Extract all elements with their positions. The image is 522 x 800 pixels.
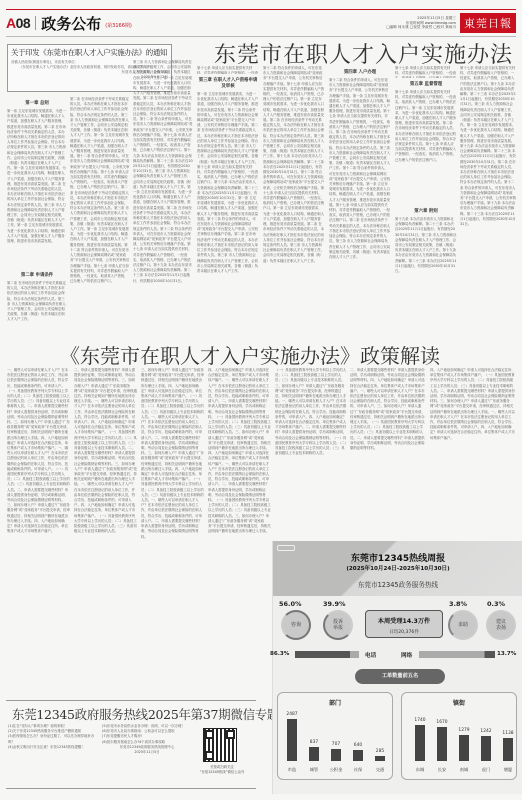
article-1-column-8: 第十七条 申请人应当如实提供有关材料，对弄虚作假骗取入户资格的，一经查实，取消其… [460,66,516,333]
article-2-column-4: 四、入户地址如何确定？申请人可选择在合法稳定住所、单位集体户或人才市场集体户落户… [208,368,272,688]
web-pct: 13.7% [497,651,516,657]
bar [415,725,425,761]
bar-value: 1670 [431,720,453,725]
issue-number: (第3166期) [105,22,132,29]
article-1-column-5: 第十二条 符合条件的申请人，可在东莞市人力资源和社会保障局网站或“莞家政务”平台… [263,66,325,333]
newspaper-logo: 東莞日報 [460,13,516,33]
infographic-subtitle: 东莞市12345政务服务热线 [273,579,522,589]
complaint-pct: 39.9% [323,600,346,608]
bar-value: 1242 [475,729,497,734]
bar-value: 707 [325,742,347,747]
bar-label: 塘厦 [497,767,519,773]
wechat-headline: 东莞12345政府服务热线2025年第37期微信专题 [12,705,279,723]
chapter-heading: 第四章 入户办理 [329,69,391,75]
daily-average: 日均20,376件 [366,629,442,635]
bar [503,738,513,761]
bar-value: 1138 [497,731,519,736]
bar-label: 长安 [431,767,453,773]
article-text: 三、如何办理入户？申请人通过“广东政务服务网”或“莞家政务”平台提交申请，经审核… [141,368,205,688]
article-text: 四、入户地址如何确定？申请人可选择在合法稳定住所、单位集体户或人才市场集体户落户… [208,368,272,688]
chapter-heading: 第一章 总则 [7,100,67,106]
wechat-list-left: (1)住在“莞尔山”事项办理？说明来啦！ (2)关于东莞12345热线服务平台推… [8,724,98,774]
qr-code-icon[interactable] [203,728,237,762]
hotline-infographic: 东莞市12345热线周报 (2025年10月24日-2025年10月30日) 东… [272,541,522,794]
page-number: A08 [6,15,30,31]
article-text: 第二条 在市场经济条件下劳动关系稳定的人员，本办法所称在职人才指在本市依法登记的… [70,97,130,333]
article-text: 二、申请人需要提交哪些材料？申请人需提供身份证明、学历或职称证明、劳动合同及社会… [74,368,138,688]
help-ring: 求助 [448,610,478,640]
bar-label: 东城 [409,767,431,773]
bar-label: 交通 [369,767,391,773]
weekly-total: 本周受理14.3万件 [366,616,442,625]
article-2-column-2: 二、申请人需要提交哪些材料？申请人需提供身份证明、学历或职称证明、劳动合同及社会… [74,368,138,688]
bar-label: 城管 [303,767,325,773]
article-text: 第十七条 申请人应当如实提供有关材料，对弄虚作假骗取入户资格的，一经查实，取消其… [395,90,457,205]
consult-ring: 咨询 [281,610,311,640]
phone-pct: 86.3% [270,651,289,657]
article-1-column-4: 第十七条 申请人应当如实提供有关材料，对弄虚作假骗取入户资格的，一经查实，取消其… [197,66,259,333]
wechat-list-right: (5)东莞市水务局供水业务办理：说明，可以一次办理！ (6)东莞市人社局办事指南… [102,724,192,774]
article-2-column-3: 三、如何办理入户？申请人通过“广东政务服务网”或“莞家政务”平台提交申请，经审核… [141,368,205,688]
phone-label: 电话 [365,651,376,659]
qr-caption: 长按或扫码关注 “东莞12345热线”微信公众号 [192,765,252,774]
bar-label: 社保 [347,767,369,773]
chapter-heading: 第六章 附则 [395,208,457,214]
article-1-headline: 东莞市在职人才入户实施办法 [214,38,513,69]
article-1-column-2: 第二条 在市场经济条件下劳动关系稳定的人员，本办法所称在职人才指在本市依法登记的… [70,97,130,333]
article-text: 第二条 在市场经济条件下劳动关系稳定的人员，本办法所称在职人才指在本市依法登记的… [7,281,67,331]
article-text: 一、哪些人可以申请在职人才入户？在本市依法注册登记的用人单位工作，并由单位依法缴… [7,368,71,688]
page-header: A08 政务公布 (第3166期) 2025年11月5日 星期三 东莞时间网 w… [6,12,516,34]
infographic-title: 东莞市12345热线周报 [273,551,522,564]
wechat-item[interactable]: (4)金秋文明出行安全注意！东莞12345热线提醒！ [8,745,98,750]
help-pct: 3.8% [449,600,467,608]
article-1-column-1: 第一章 总则 第一条 立足东莞城市发展需求，为进一步优化我市人口结构，畅通在职人… [7,97,67,333]
bar-value: 285 [369,749,391,754]
bar [353,750,363,761]
chart-title: 部门 [278,698,392,707]
suggest-pct: 0.3% [487,600,505,608]
bar-label: 南城 [453,767,475,773]
top5-label: 工单数量前五名 [355,669,445,684]
article-text: 第十七条 申请人应当如实提供有关材料，对弄虚作假骗取入户资格的，一经查实，取消其… [395,66,457,78]
chapter-heading: 第二章 申请条件 [7,272,67,278]
bar-value: 1740 [409,718,431,723]
infographic-period: (2025年10月24日-2025年10月30日) [273,564,522,572]
bar [331,749,341,761]
bar-value: 2487 [281,712,303,717]
notice-title: 关于印发《东莞市在职人才入户实施办法》的通知 [11,47,168,58]
header-meta: 2025年11月5日 星期三 东莞时间网 www.timedg.com □编辑 … [386,16,456,30]
bar [459,735,469,761]
article-2-column-5: （一）具备国民教育序列大学专科以上学历的人员；（二）具备技工院校高级工以上学历的… [275,368,347,536]
header-editors: □编辑 何永康 □视觉 李政哲 □校对 黄雨川 [386,25,456,30]
header-bottom-rule [6,36,516,37]
bar [309,747,319,761]
article-2-column-6: 二、申请人需要提交哪些材料？申请人需提供身份证明、学历或职称证明、劳动合同及社会… [350,368,426,536]
town-chart: 镇街 1740 东城 1670 长安 1279 南城 1242 虎门 1138 … [401,692,517,780]
article-text: 第十九条 本办法由东莞市人力资源和社会保障局负责解释。第二十三条 本办法自202… [395,217,457,327]
article-1-column-7: 第十七条 申请人应当如实提供有关材料，对弄虚作假骗取入户资格的，一经查实，取消其… [395,66,457,333]
bar-value: 640 [347,743,369,748]
article-text: （一）具备国民教育序列大学专科以上学历的人员；（二）具备技工院校高级工以上学历的… [275,368,347,536]
article-2-headline: 《东莞市在职人才入户实施办法》政策解读 [60,340,440,369]
article-1-column-6: 第四章 入户办理 第十二条 符合条件的申请人，可在东莞市人力资源和社会保障局网站… [329,66,391,333]
suggest-ring: 建议表扬 [486,610,516,640]
chapter-heading: 第三章 在职人才入户资格申请及审核 [197,77,259,89]
header-top-rule [6,9,516,10]
wechat-top-rule [6,700,256,701]
article-2-column-7: 四、入户地址如何确定？申请人可选择在合法稳定住所、单位集体户或人才市场集体户落户… [430,368,516,536]
department-chart: 部门 2487 市监 837 城管 707 公积金 640 社保 285 交通 [277,692,393,780]
consult-pct: 56.0% [279,600,302,608]
article-text: 第一条 立足东莞城市发展需求，为进一步优化我市人口结构，畅通在职人才入户渠道，加… [7,109,67,269]
bar-value: 1279 [453,728,475,733]
article-text: 第三条 市人力资源和社会保障局负责在职人才入户管理工作，会同市公安局制定相关政策… [133,60,193,333]
bar [375,756,385,761]
article-1-column-3: 第三条 市人力资源和社会保障局负责在职人才入户管理工作，会同市公安局制定相关政策… [133,60,193,333]
article-text: 第一条 立足东莞城市发展需求，为进一步优化我市人口结构，畅通在职人才入户渠道，加… [197,92,259,337]
article-text: 二、申请人需要提交哪些材料？申请人需提供身份证明、学历或职称证明、劳动合同及社会… [350,368,426,536]
section-title: 政务公布 [41,13,101,34]
chapter-heading: 第五章 监督管理 [395,81,457,87]
article-2-column-1: 一、哪些人可以申请在职人才入户？在本市依法注册登记的用人单位工作，并由单位依法缴… [7,368,71,688]
wechat-date: 2025年11月5日 [102,750,192,755]
complaint-ring: 投诉举报 [323,610,353,640]
bar-label: 虎门 [475,767,497,773]
bar [481,736,491,761]
bar [437,727,447,761]
article-text: 第十七条 申请人应当如实提供有关材料，对弄虚作假骗取入户资格的，一经查实，取消其… [197,66,259,74]
wechat-bottom-rule [6,788,256,789]
header-divider [35,16,36,30]
article-text: 第十二条 符合条件的申请人，可在东莞市人力资源和社会保障局网站或“莞家政务”平台… [329,78,391,333]
bar-value: 837 [303,740,325,745]
article-text: 第十七条 申请人应当如实提供有关材料，对弄虚作假骗取入户资格的，一经查实，取消其… [460,66,516,333]
phone-bar [295,651,359,658]
web-label: 网络 [401,651,412,659]
bar-label: 公积金 [325,767,347,773]
article-text: 四、入户地址如何确定？申请人可选择在合法稳定住所、单位集体户或人才市场集体户落户… [430,368,516,536]
web-bar [419,651,495,658]
wechat-item[interactable]: (3)医保领取怎么办？身份证过期了，可以先办理异地补办吗？ [8,734,98,744]
chart-title: 镇街 [402,698,516,707]
bar-label: 市监 [281,767,303,773]
bar [287,719,297,761]
article-text: 第十二条 符合条件的申请人，可在东莞市人力资源和社会保障局网站或“莞家政务”平台… [263,66,325,333]
weekly-total-box: 本周受理14.3万件 日均20,376件 [365,610,443,638]
